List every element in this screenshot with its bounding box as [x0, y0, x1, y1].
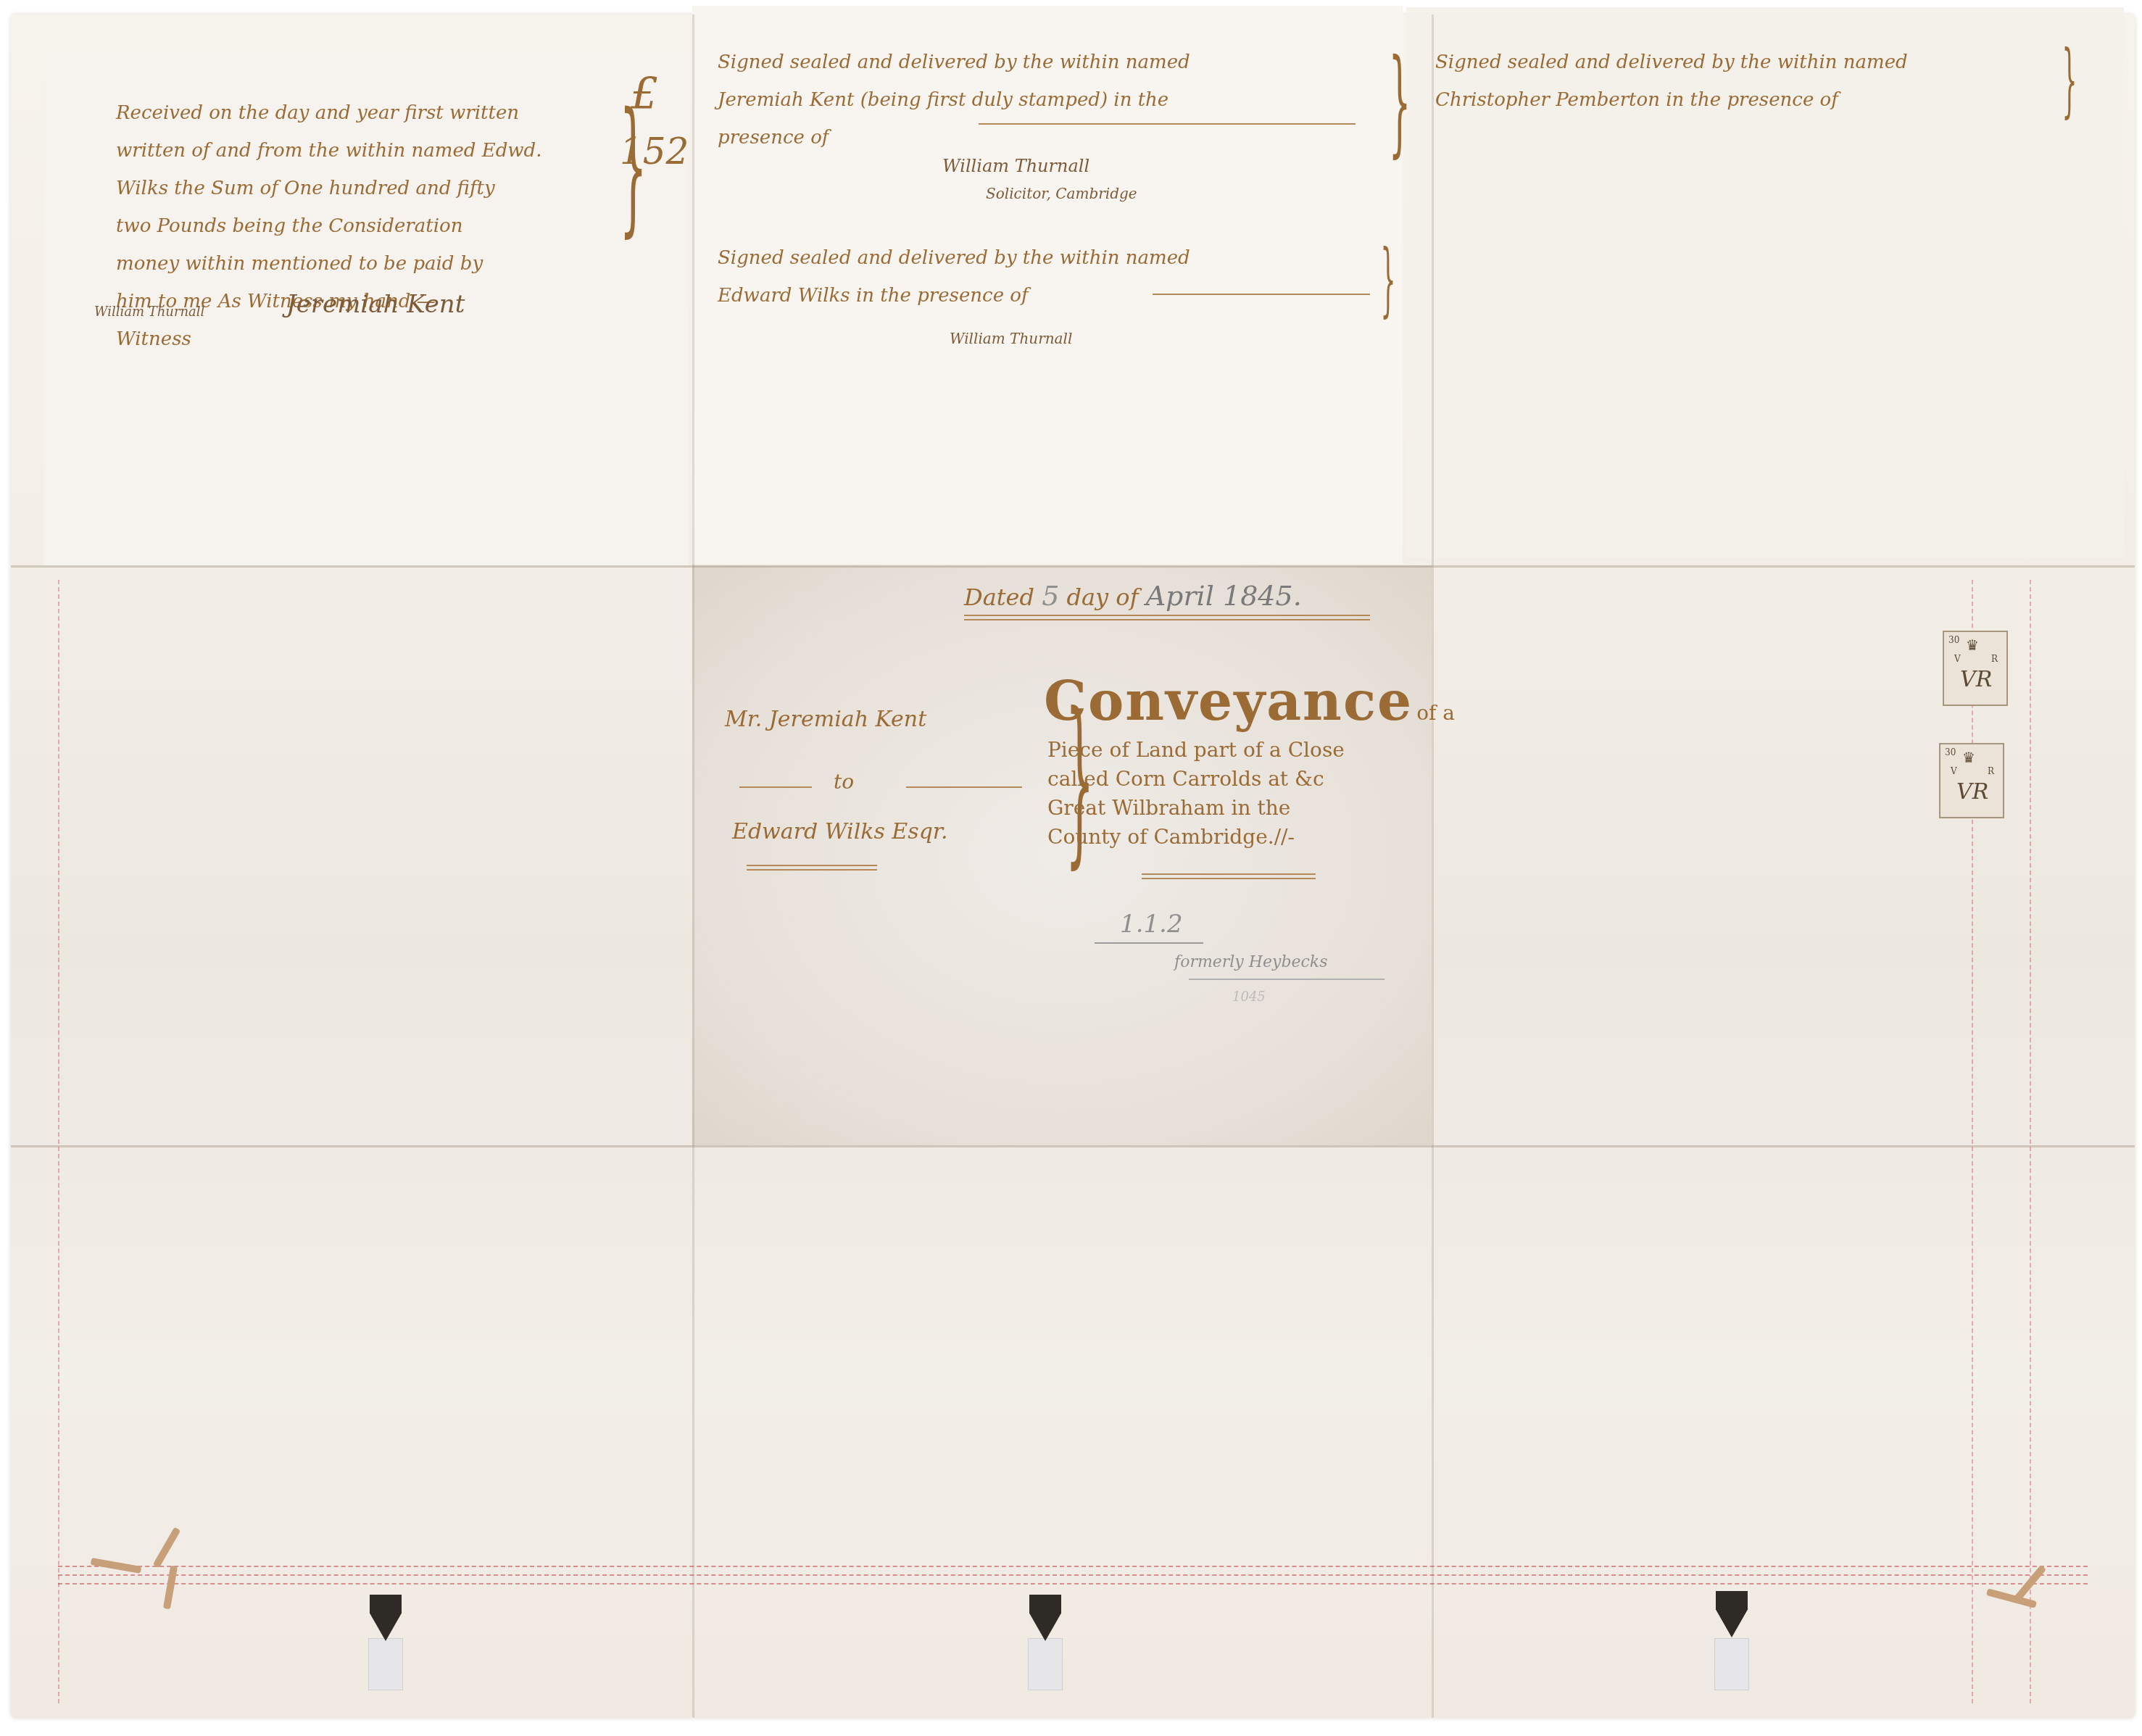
endorsement-panel	[692, 565, 1432, 1145]
party-to: Edward Wilks Esqr.	[732, 819, 947, 844]
description-underline	[1142, 873, 1316, 879]
brace-icon: }	[2062, 40, 2077, 120]
seal-tab	[1028, 1638, 1063, 1690]
fold-line	[11, 565, 2135, 568]
stamp-letter: R	[1991, 654, 1998, 664]
fold-line	[1432, 14, 1434, 1718]
receipt-line: two Pounds being the Consideration	[116, 207, 542, 245]
attestation-line: Signed sealed and delivered by the withi…	[718, 43, 1190, 81]
description-line: Piece of Land part of a Close	[1047, 736, 1345, 765]
red-margin-line	[58, 580, 61, 1703]
pencil-reference: 1.1.2	[1120, 910, 1183, 939]
pound-symbol: £	[631, 69, 658, 120]
signature-rule	[979, 123, 1356, 125]
pencil-note: formerly Heybecks	[1174, 953, 1327, 971]
receipt-line: Received on the day and year first writt…	[116, 94, 542, 132]
month-year: April 1845.	[1146, 580, 1302, 612]
brace-icon: }	[1381, 239, 1396, 319]
dash-rule	[906, 786, 1022, 788]
dash-rule	[739, 786, 812, 788]
stamp-monogram: VR	[1960, 667, 1992, 692]
conveyance-title: Conveyance of a	[1044, 670, 1455, 733]
attestation-line: Christopher Pemberton in the presence of	[1435, 81, 1908, 119]
description-line: Great Wilbraham in the	[1047, 794, 1345, 823]
fold-line	[692, 14, 694, 1718]
seal-tab	[1714, 1638, 1749, 1690]
revenue-stamp: 30 ♛ V R VR	[1943, 631, 2008, 706]
attestation-line: Jeremiah Kent (being first duly stamped)…	[718, 81, 1190, 119]
day: 5	[1042, 580, 1059, 612]
date-underline	[964, 615, 1370, 620]
pencil-note-2: 1045	[1232, 989, 1266, 1005]
receipt-line: money within mentioned to be paid by	[116, 245, 542, 283]
stamp-letter: V	[1954, 654, 1961, 664]
amount: 152	[620, 130, 689, 173]
title-suffix: of a	[1416, 701, 1455, 725]
stamp-letter: V	[1951, 766, 1957, 776]
description-line: called Corn Carrolds at &c	[1047, 765, 1345, 794]
date-line: Dated 5 day of April 1845.	[964, 580, 1302, 612]
description-line: County of Cambridge.//-	[1047, 823, 1345, 852]
receipt-line: written of and from the within named Edw…	[116, 132, 542, 170]
signature-rule	[1153, 294, 1370, 295]
property-description: Piece of Land part of a Close called Cor…	[1047, 736, 1345, 852]
stamp-letter: R	[1988, 766, 1994, 776]
seal-tab	[368, 1638, 403, 1690]
stamp-monogram: VR	[1956, 779, 1988, 805]
witness-signature: William Thurnall	[94, 304, 204, 320]
red-rule-line	[58, 1574, 2088, 1577]
party-underline	[747, 865, 877, 871]
to-label: to	[834, 770, 854, 794]
receipt-line: Wilks the Sum of One hundred and fifty	[116, 170, 542, 207]
witness-signature: William Thurnall	[950, 330, 1072, 347]
attestation-christopher-pemberton: Signed sealed and delivered by the withi…	[1435, 43, 1908, 119]
title-text: Conveyance	[1044, 670, 1413, 733]
pencil-underline	[1189, 979, 1385, 980]
fold-line	[11, 1145, 2135, 1147]
witness-title: Solicitor, Cambridge	[986, 185, 1137, 202]
attestation-jeremiah-kent: Signed sealed and delivered by the withi…	[718, 43, 1190, 157]
red-margin-line	[2030, 580, 2033, 1703]
stamp-value: 30	[1945, 747, 1956, 757]
pencil-underline	[1095, 942, 1203, 944]
crown-icon: ♛	[1966, 636, 1979, 654]
attestation-line: Signed sealed and delivered by the withi…	[718, 239, 1190, 277]
day-of-label: day of	[1067, 583, 1139, 611]
red-rule-line	[58, 1583, 2088, 1586]
witness-signature: William Thurnall	[942, 156, 1089, 176]
red-rule-line	[58, 1566, 2088, 1569]
brace-icon: }	[1389, 43, 1411, 159]
stamp-value: 30	[1948, 635, 1959, 645]
attestation-line: Signed sealed and delivered by the withi…	[1435, 43, 1908, 81]
signatory-signature: Jeremiah Kent	[286, 290, 465, 319]
attestation-edward-wilks: Signed sealed and delivered by the withi…	[718, 239, 1190, 315]
attestation-line: Edward Wilks in the presence of	[718, 277, 1190, 315]
party-from: Mr. Jeremiah Kent	[725, 707, 926, 732]
dated-label: Dated	[964, 583, 1034, 611]
witness-label: Witness	[116, 320, 542, 358]
revenue-stamp: 30 ♛ V R VR	[1939, 743, 2004, 818]
crown-icon: ♛	[1962, 749, 1975, 766]
